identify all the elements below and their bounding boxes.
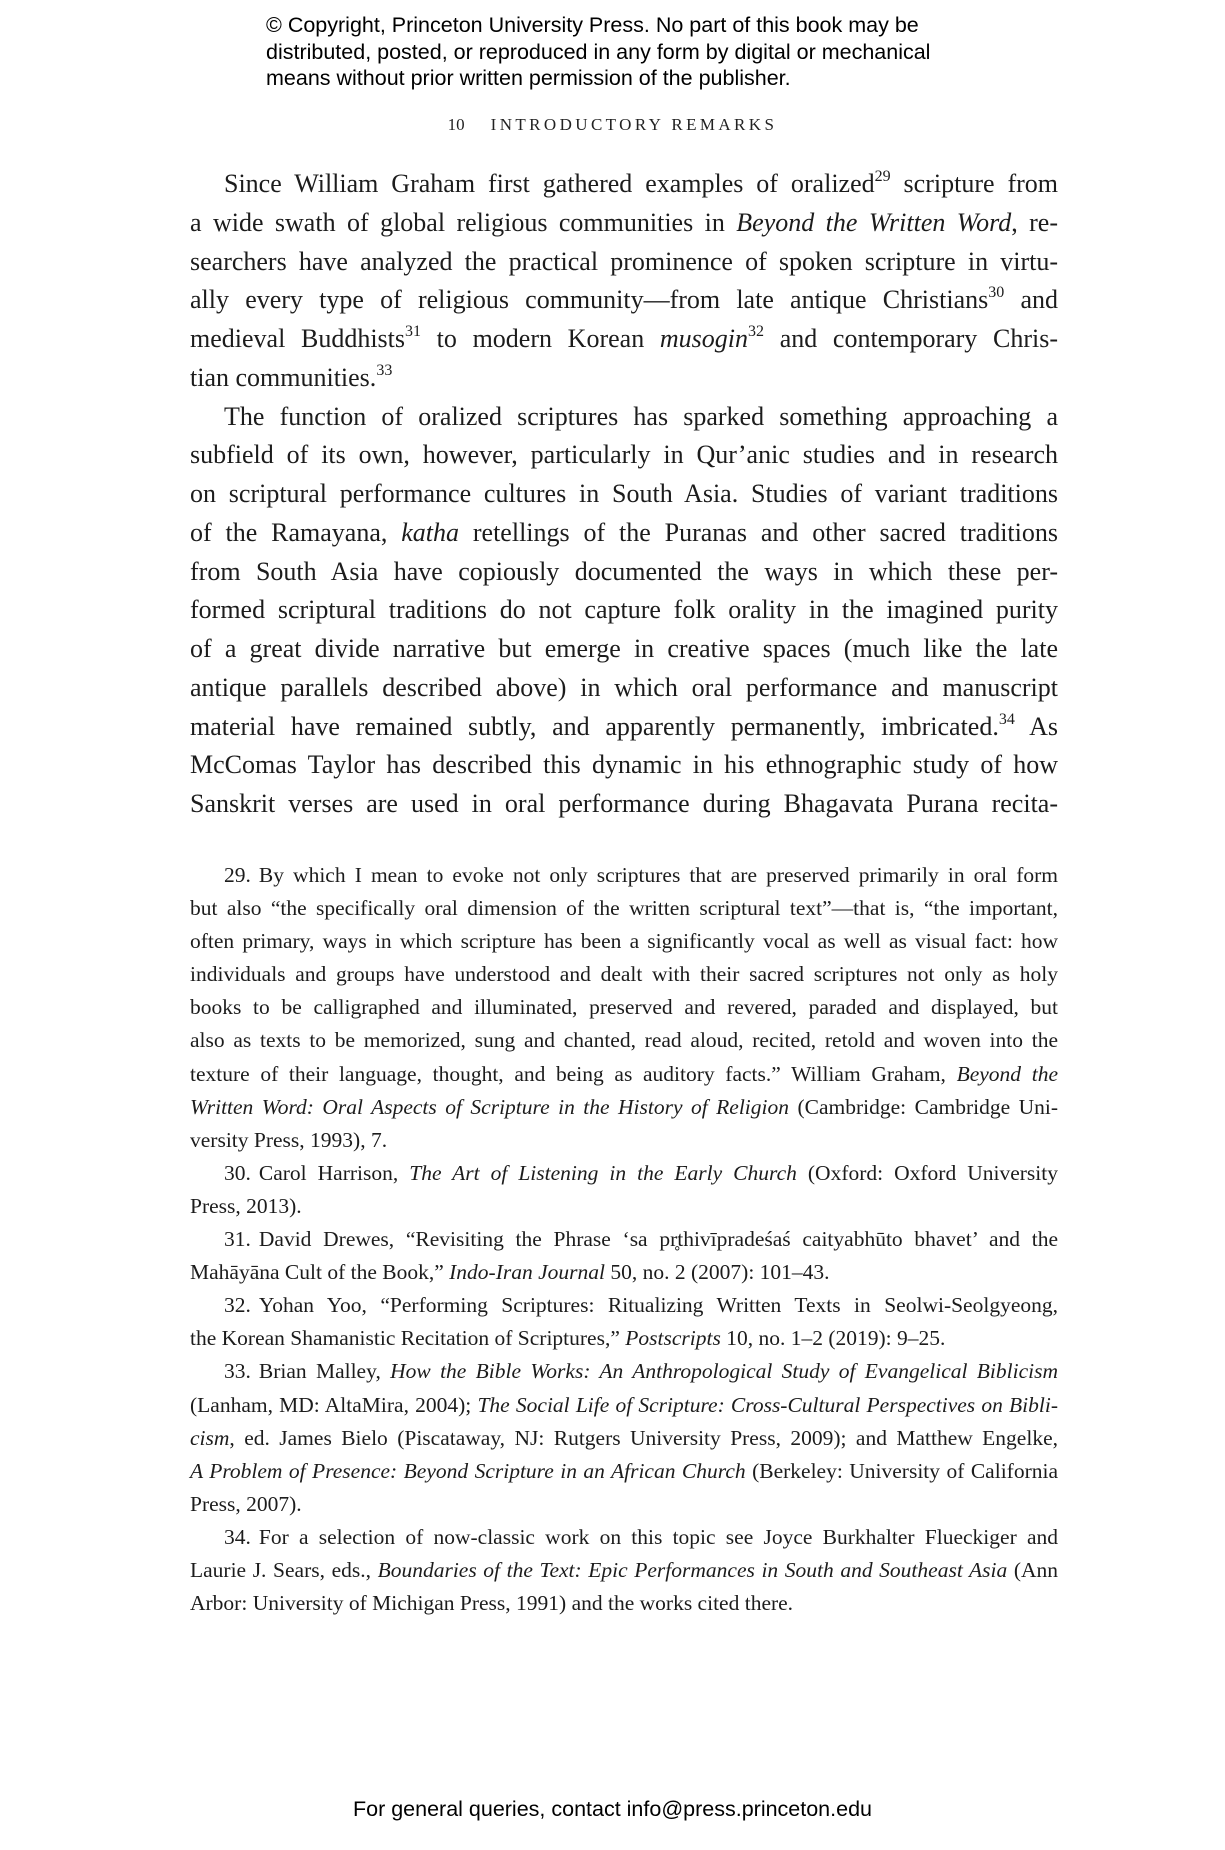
- footnote-reference[interactable]: 34: [999, 711, 1015, 728]
- paragraph: The function of oralized scriptures has …: [190, 398, 1058, 824]
- footnote-reference[interactable]: 30: [988, 284, 1004, 301]
- footnote: 29.By which I mean to evoke not only scr…: [190, 859, 1058, 1157]
- italic-title: Beyond the Written Word: [736, 208, 1011, 237]
- text-line: subfield of its own, however, particular…: [190, 436, 1058, 475]
- italic-title: Boundaries of the Text: Epic Performance…: [378, 1558, 1008, 1582]
- running-head: 10INTRODUCTORY REMARKS: [0, 115, 1225, 135]
- footnote-line: 33.Brian Malley, How the Bible Works: An…: [190, 1355, 1058, 1388]
- italic-title: Postscripts: [625, 1326, 721, 1350]
- footnote-line: Mahāyāna Cult of the Book,” Indo-Iran Jo…: [190, 1256, 1058, 1289]
- footnote-line: Arbor: University of Michigan Press, 199…: [190, 1587, 1058, 1620]
- italic-title: Written Word: Oral Aspects of Scripture …: [190, 1095, 789, 1119]
- footnote-reference[interactable]: 29: [875, 168, 891, 185]
- copyright-notice: © Copyright, Princeton University Press.…: [266, 12, 986, 92]
- footnote-number: 30.: [224, 1161, 251, 1185]
- footnote-line: A Problem of Presence: Beyond Scripture …: [190, 1455, 1058, 1488]
- italic-title: cism: [190, 1426, 229, 1450]
- footnote-line: books to be calligraphed and illuminated…: [190, 991, 1058, 1024]
- text-line: Since William Graham first gathered exam…: [190, 165, 1058, 204]
- text-line: on scriptural performance cultures in So…: [190, 475, 1058, 514]
- copyright-line: means without prior written permission o…: [266, 65, 986, 92]
- italic-title: How the Bible Works: An Anthropological …: [390, 1359, 1058, 1383]
- footnote-line: 32.Yohan Yoo, “Performing Scriptures: Ri…: [190, 1289, 1058, 1322]
- footnote-number: 33.: [224, 1359, 251, 1383]
- italic-title: Beyond the: [957, 1062, 1058, 1086]
- footnote-line: cism, ed. James Bielo (Piscataway, NJ: R…: [190, 1422, 1058, 1455]
- text-line: formed scriptural traditions do not capt…: [190, 591, 1058, 630]
- footnote-line: individuals and groups have understood a…: [190, 958, 1058, 991]
- footnote-line: 31.David Drewes, “Revisiting the Phrase …: [190, 1223, 1058, 1256]
- footnote: 33.Brian Malley, How the Bible Works: An…: [190, 1355, 1058, 1520]
- copyright-line: distributed, posted, or reproduced in an…: [266, 39, 986, 66]
- footnote-line: the Korean Shamanistic Recitation of Scr…: [190, 1322, 1058, 1355]
- italic-title: Indo-Iran Journal: [449, 1260, 605, 1284]
- italic-title: musogin: [660, 324, 748, 353]
- footnote: 32.Yohan Yoo, “Performing Scriptures: Ri…: [190, 1289, 1058, 1355]
- footnote-line: 34.For a selection of now-classic work o…: [190, 1521, 1058, 1554]
- footnote-line: 29.By which I mean to evoke not only scr…: [190, 859, 1058, 892]
- text-line: antique parallels described above) in wh…: [190, 669, 1058, 708]
- copyright-line: © Copyright, Princeton University Press.…: [266, 12, 986, 39]
- footnote-line: texture of their language, thought, and …: [190, 1058, 1058, 1091]
- text-line: McComas Taylor has described this dynami…: [190, 746, 1058, 785]
- text-line: ally every type of religious community—f…: [190, 281, 1058, 320]
- text-line: Sanskrit verses are used in oral perform…: [190, 785, 1058, 824]
- footnote-line: but also “the specifically oral dimensio…: [190, 892, 1058, 925]
- footnote: 34.For a selection of now-classic work o…: [190, 1521, 1058, 1620]
- footnote-line: 30.Carol Harrison, The Art of Listening …: [190, 1157, 1058, 1190]
- text-line: of a great divide narrative but emerge i…: [190, 630, 1058, 669]
- italic-title: The Art of Listening in the Early Church: [409, 1161, 797, 1185]
- italic-title: A Problem of Presence: Beyond Scripture …: [190, 1459, 746, 1483]
- footnote: 31.David Drewes, “Revisiting the Phrase …: [190, 1223, 1058, 1289]
- text-line: from South Asia have copiously documente…: [190, 553, 1058, 592]
- chapter-title: INTRODUCTORY REMARKS: [491, 115, 778, 134]
- footnote-line: versity Press, 1993), 7.: [190, 1124, 1058, 1157]
- footnote-line: (Lanham, MD: AltaMira, 2004); The Social…: [190, 1389, 1058, 1422]
- text-line: a wide swath of global religious communi…: [190, 204, 1058, 243]
- footnote-line: Press, 2013).: [190, 1190, 1058, 1223]
- text-line: tian communities.33: [190, 359, 1058, 398]
- page-number: 10: [448, 115, 465, 134]
- footnote-line: also as texts to be memorized, sung and …: [190, 1024, 1058, 1057]
- text-line: The function of oralized scriptures has …: [190, 398, 1058, 437]
- footnote-line: Written Word: Oral Aspects of Scripture …: [190, 1091, 1058, 1124]
- footnote-reference[interactable]: 32: [748, 323, 764, 340]
- paragraph: Since William Graham first gathered exam…: [190, 165, 1058, 398]
- text-line: medieval Buddhists31 to modern Korean mu…: [190, 320, 1058, 359]
- footnote-reference[interactable]: 31: [405, 323, 421, 340]
- body-text: Since William Graham first gathered exam…: [190, 165, 1058, 824]
- text-line: of the Ramayana, katha retellings of the…: [190, 514, 1058, 553]
- footnote-number: 32.: [224, 1293, 251, 1317]
- contact-footer: For general queries, contact info@press.…: [0, 1797, 1225, 1822]
- footnote-reference[interactable]: 33: [376, 362, 392, 379]
- italic-title: katha: [401, 518, 459, 547]
- footnote-number: 34.: [224, 1525, 251, 1549]
- text-line: searchers have analyzed the practical pr…: [190, 243, 1058, 282]
- footnotes: 29.By which I mean to evoke not only scr…: [190, 859, 1058, 1620]
- footnote-number: 29.: [224, 863, 251, 887]
- italic-title: The Social Life of Scripture: Cross-Cult…: [477, 1393, 1058, 1417]
- footnote-line: Press, 2007).: [190, 1488, 1058, 1521]
- text-line: material have remained subtly, and appar…: [190, 708, 1058, 747]
- footnote-line: Laurie J. Sears, eds., Boundaries of the…: [190, 1554, 1058, 1587]
- footnote-line: often primary, ways in which scripture h…: [190, 925, 1058, 958]
- footnote-number: 31.: [224, 1227, 251, 1251]
- footnote: 30.Carol Harrison, The Art of Listening …: [190, 1157, 1058, 1223]
